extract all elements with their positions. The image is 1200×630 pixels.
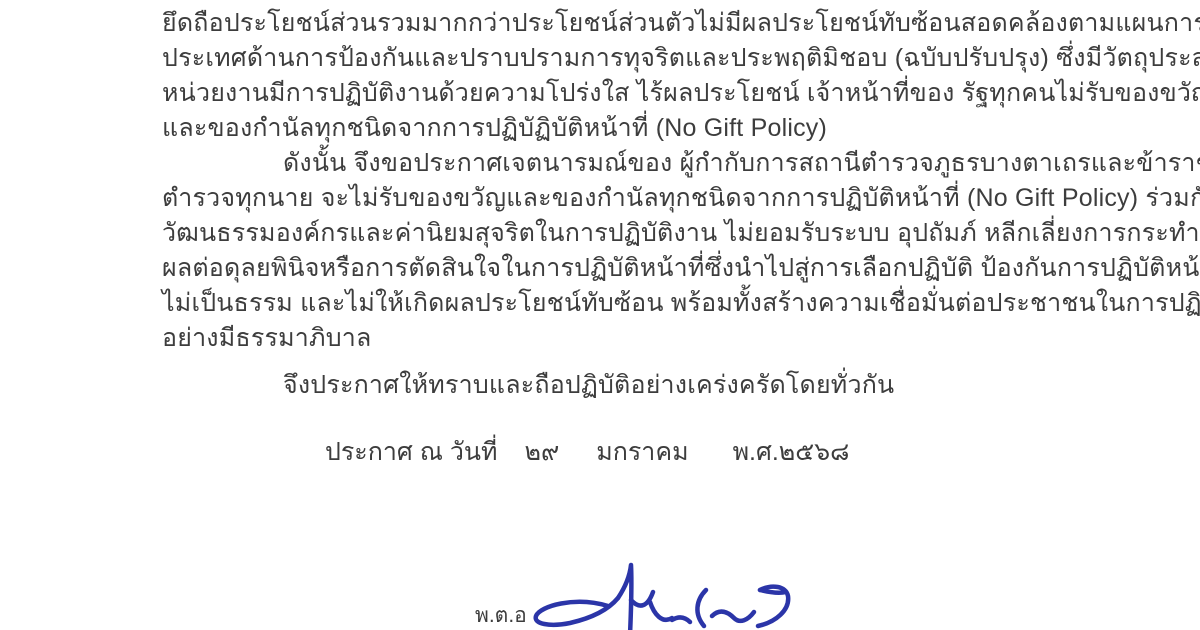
date-year: พ.ศ.๒๕๖๘ bbox=[733, 435, 850, 470]
signature-block: พ.ต.อ bbox=[0, 540, 1200, 630]
paragraph-line: อย่างมีธรรมาภิบาล bbox=[162, 321, 1145, 356]
document-body: ยึดถือประโยชน์ส่วนรวมมากกว่าประโยชน์ส่วน… bbox=[162, 6, 1145, 470]
paragraph-line: ตำรวจทุกนาย จะไม่รับของขวัญและของกำนัลทุ… bbox=[162, 181, 1145, 216]
paragraph-line: ประเทศด้านการป้องกันและปราบปรามการทุจริต… bbox=[162, 41, 1145, 76]
signer-rank: พ.ต.อ bbox=[475, 602, 527, 630]
paragraph-line: ยึดถือประโยชน์ส่วนรวมมากกว่าประโยชน์ส่วน… bbox=[162, 6, 1145, 41]
paragraph-line: ไม่เป็นธรรม และไม่ให้เกิดผลประโยชน์ทับซ้… bbox=[162, 286, 1145, 321]
paragraph-line: ผลต่อดุลยพินิจหรือการตัดสินใจในการปฏิบัต… bbox=[162, 251, 1145, 286]
handwritten-signature-icon bbox=[520, 540, 800, 630]
signature-ink-strokes bbox=[536, 565, 789, 630]
closing-statement: จึงประกาศให้ทราบและถือปฏิบัติอย่างเคร่งค… bbox=[162, 368, 1145, 403]
announcement-date-line: ประกาศ ณ วันที่๒๙มกราคมพ.ศ.๒๕๖๘ bbox=[162, 435, 1145, 470]
date-day: ๒๙ bbox=[524, 435, 559, 470]
date-prefix: ประกาศ ณ วันที่ bbox=[325, 438, 497, 466]
date-month: มกราคม bbox=[596, 435, 688, 470]
paragraph-line: ดังนั้น จึงขอประกาศเจตนารมณ์ของ ผู้กำกับ… bbox=[162, 146, 1145, 181]
paragraph-line: วัฒนธรรมองค์กรและค่านิยมสุจริตในการปฏิบั… bbox=[162, 216, 1145, 251]
paragraph-line: และของกำนัลทุกชนิดจากการปฏิบัฏิบัติหน้าท… bbox=[162, 111, 1145, 146]
announcement-document-page: ยึดถือประโยชน์ส่วนรวมมากกว่าประโยชน์ส่วน… bbox=[0, 0, 1200, 630]
paragraph-line: หน่วยงานมีการปฏิบัติงานด้วยความโปร่งใส ไ… bbox=[162, 76, 1145, 111]
